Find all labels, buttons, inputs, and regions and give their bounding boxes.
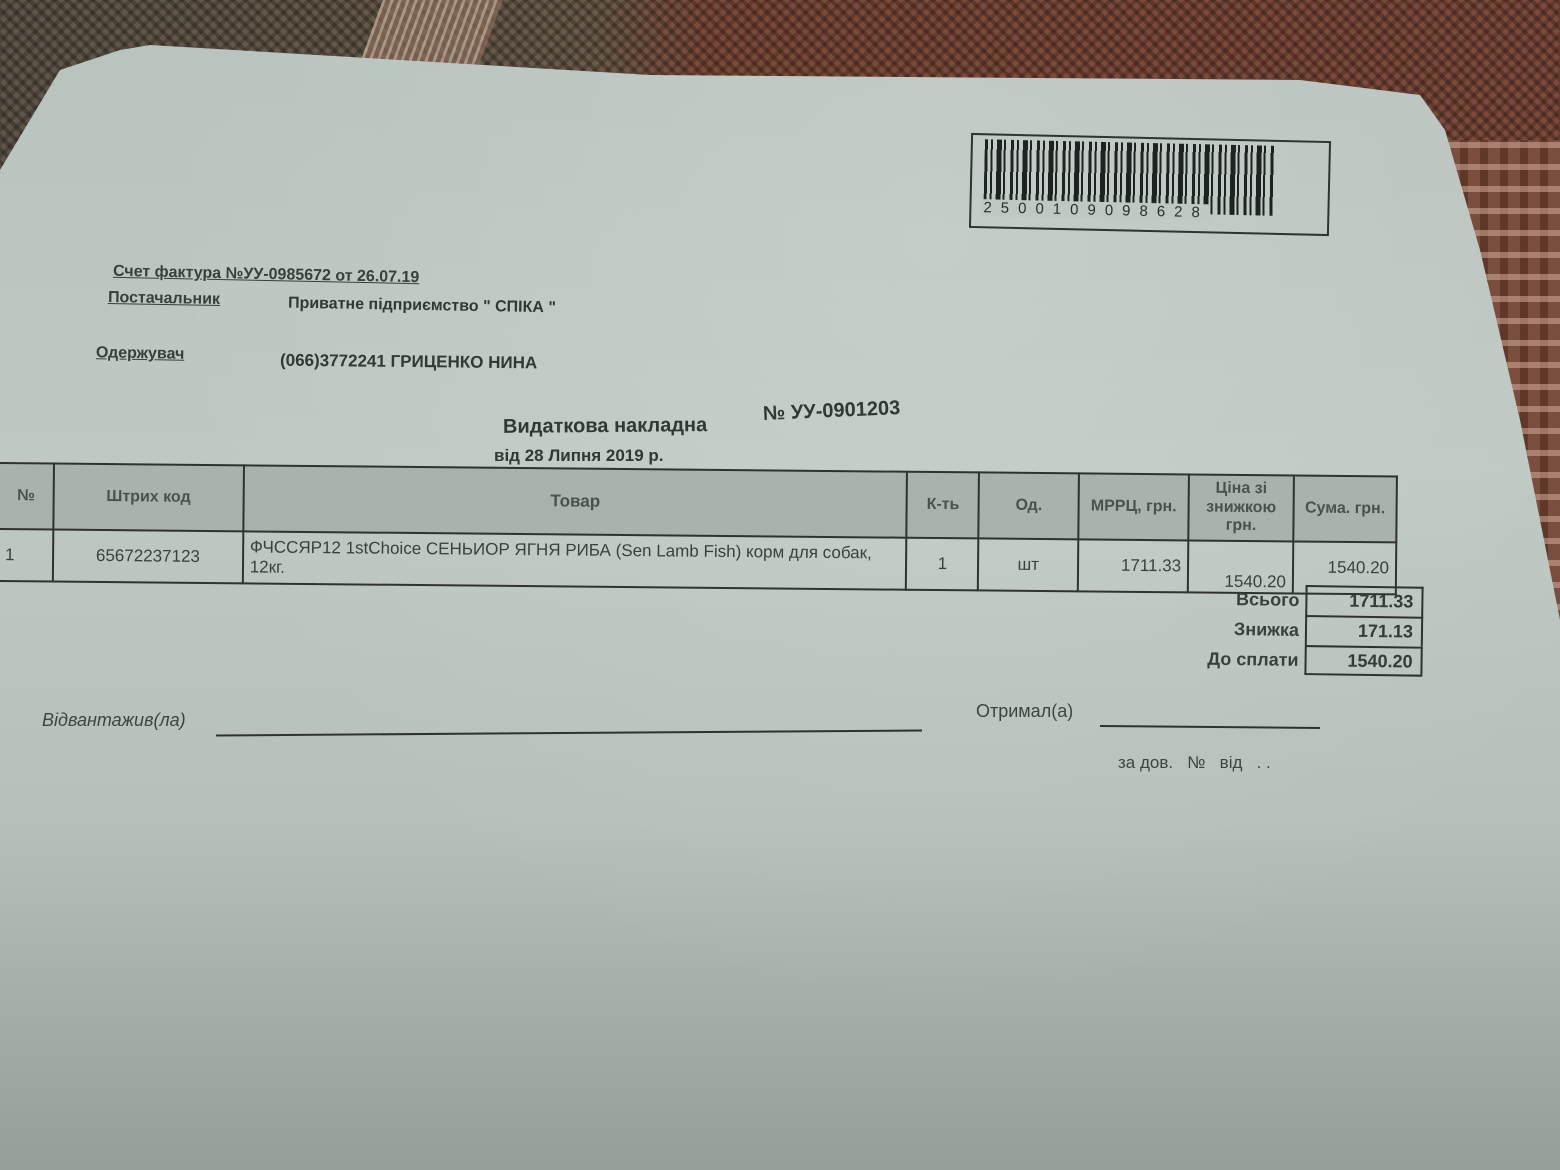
row-qty: 1 (906, 538, 978, 591)
proxy-reference: за дов. № від . . (1118, 753, 1271, 773)
due-label: До сплати (1179, 648, 1304, 671)
due-row: До сплати 1540.20 (1179, 643, 1422, 676)
invoice-paper: 2500109098628 Счет фактура №УУ-0985672 о… (0, 0, 1560, 1170)
col-header-discount-price: Ціна зі знижкою грн. (1188, 474, 1294, 541)
supplier-label: Постачальник (108, 289, 220, 309)
row-barcode: 65672237123 (53, 530, 243, 584)
due-value: 1540.20 (1304, 645, 1422, 677)
document-number: № УУ-0901203 (763, 397, 901, 426)
total-label: Всього (1180, 588, 1305, 611)
discount-row: Знижка 171.13 (1180, 613, 1423, 646)
discount-value: 171.13 (1305, 615, 1423, 647)
shipped-by-label: Відвантажив(ла) (42, 710, 186, 731)
barcode: 2500109098628 (969, 133, 1331, 236)
col-header-product: Товар (243, 465, 907, 537)
col-header-sum: Сума. грн. (1293, 475, 1397, 542)
invoice-reference: Счет фактура №УУ-0985672 от 26.07.19 (113, 263, 420, 287)
col-header-number: № (0, 463, 54, 530)
received-by-label: Отримал(а) (976, 701, 1073, 722)
row-number: 1 (0, 529, 53, 582)
col-header-price: МРРЦ, грн. (1078, 473, 1189, 540)
col-header-qty: К-ть (907, 472, 980, 539)
totals-block: Всього 1711.33 Знижка 171.13 До сплати 1… (1179, 583, 1423, 676)
recipient-label: Одержувач (96, 344, 185, 364)
discount-label: Знижка (1180, 618, 1305, 641)
items-table: № Штрих код Товар К-ть Од. МРРЦ, грн. Ці… (0, 462, 1398, 595)
document-title: Видаткова накладна (503, 414, 707, 439)
row-price: 1711.33 (1078, 539, 1188, 592)
col-header-barcode: Штрих код (53, 464, 243, 532)
row-unit: шт (978, 538, 1078, 591)
total-value: 1711.33 (1305, 585, 1423, 617)
supplier-value: Приватне підприємство " СПІКА " (288, 295, 556, 318)
row-product: ФЧССЯР12 1stChoice СЕНЬИОР ЯГНЯ РИБА (Se… (243, 531, 907, 589)
document-date: від 28 Липня 2019 р. (494, 446, 664, 466)
received-by-signature-line (1100, 725, 1320, 729)
col-header-unit: Од. (979, 472, 1079, 539)
total-row: Всього 1711.33 (1180, 583, 1423, 616)
recipient-value: (066)3772241 ГРИЦЕНКО НИНА (280, 351, 537, 374)
shipped-by-signature-line (216, 730, 922, 737)
